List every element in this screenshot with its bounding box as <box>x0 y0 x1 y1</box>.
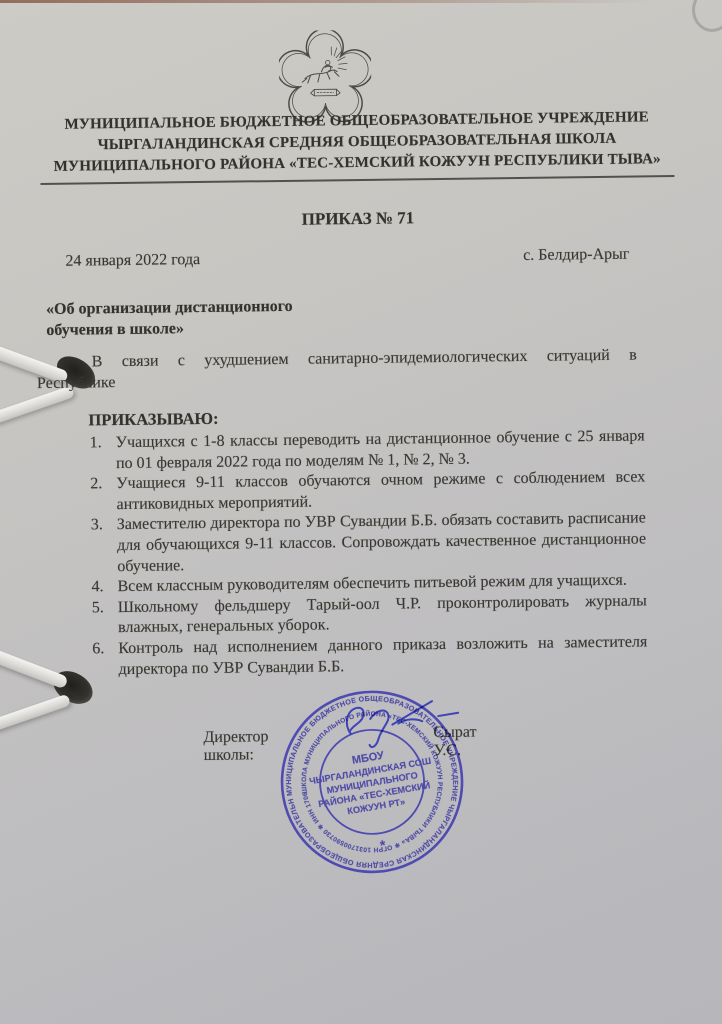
intro-line1: В связи с ухудшением санитарно-эпидемиол… <box>37 346 637 374</box>
order-place: с. Белдир-Арыг <box>523 246 629 265</box>
horse-rider-icon <box>302 60 339 83</box>
order-subject-line2: обучения в школе» <box>46 315 406 341</box>
sun-rays-icon <box>331 47 347 70</box>
order-item-5: Школьному фельдшеру Тарый-оол Ч.Р. проко… <box>90 591 647 639</box>
org-header: МУНИЦИПАЛЬНОЕ БЮДЖЕТНОЕ ОБЩЕОБРАЗОВАТЕЛЬ… <box>40 107 675 185</box>
order-item-2: Учащиеся 9-11 классов обучаются очном ре… <box>88 468 645 516</box>
order-title: ПРИКАЗ № 71 <box>0 204 719 233</box>
order-subject: «Об организации дистанционного обучения … <box>46 294 406 341</box>
handwritten-signature <box>336 696 469 756</box>
resolve-heading: ПРИКАЗЫВАЮ: <box>88 409 218 431</box>
flower-outline-inner <box>282 33 369 118</box>
ribbon-banner-icon <box>311 89 341 96</box>
intro-line2: Республике <box>37 374 116 392</box>
tuva-coat-of-arms-icon <box>279 30 372 123</box>
order-item-6: Контроль над исполнением данного приказа… <box>90 632 647 680</box>
flower-outline <box>279 30 372 123</box>
order-item-1: Учащихся с 1-8 классы переводить на дист… <box>88 426 645 474</box>
order-items: Учащихся с 1-8 классы переводить на дист… <box>88 426 648 680</box>
document-photo: МУНИЦИПАЛЬНОЕ БЮДЖЕТНОЕ ОБЩЕОБРАЗОВАТЕЛЬ… <box>0 0 722 1024</box>
order-date: 24 января 2022 года <box>65 251 200 271</box>
order-item-3: Заместителю директора по УВР Сувандии Б.… <box>89 509 647 578</box>
order-document: МУНИЦИПАЛЬНОЕ БЮДЖЕТНОЕ ОБЩЕОБРАЗОВАТЕЛЬ… <box>0 0 722 1024</box>
intro-paragraph: В связи с ухудшением санитарно-эпидемиол… <box>37 346 637 395</box>
date-place-row: 24 января 2022 года с. Белдир-Арыг <box>65 246 629 271</box>
